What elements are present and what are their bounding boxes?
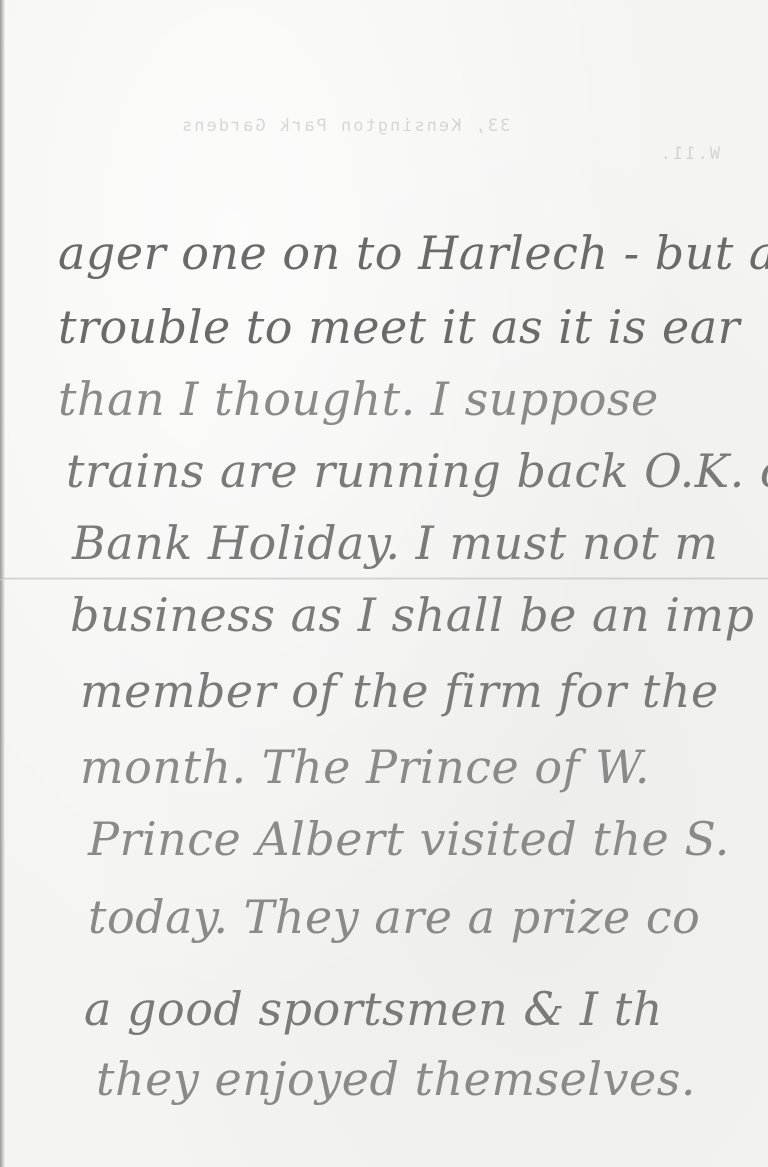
handwritten-line-11: a good sportsmen & I th: [84, 982, 663, 1036]
handwritten-line-4: trains are running back O.K. on: [66, 444, 768, 498]
letter-page: 33, Kensington Park Gardens W.11. ager o…: [0, 0, 768, 1167]
handwritten-body: ager one on to Harlech - but a trouble t…: [0, 0, 768, 1167]
handwritten-line-12: they enjoyed themselves.: [96, 1052, 696, 1106]
handwritten-line-8: month. The Prince of W.: [80, 740, 650, 794]
handwritten-line-2: trouble to meet it as it is ear: [58, 300, 740, 354]
handwritten-line-5: Bank Holiday. I must not m: [72, 516, 718, 570]
handwritten-line-1: ager one on to Harlech - but a: [58, 226, 768, 280]
handwritten-line-10: today. They are a prize co: [88, 890, 700, 944]
handwritten-line-6: business as I shall be an imp: [70, 588, 754, 642]
handwritten-line-7: member of the firm for the: [80, 664, 719, 718]
handwritten-line-9: Prince Albert visited the S.: [88, 812, 730, 866]
handwritten-line-3: than I thought. I suppose: [58, 372, 659, 426]
